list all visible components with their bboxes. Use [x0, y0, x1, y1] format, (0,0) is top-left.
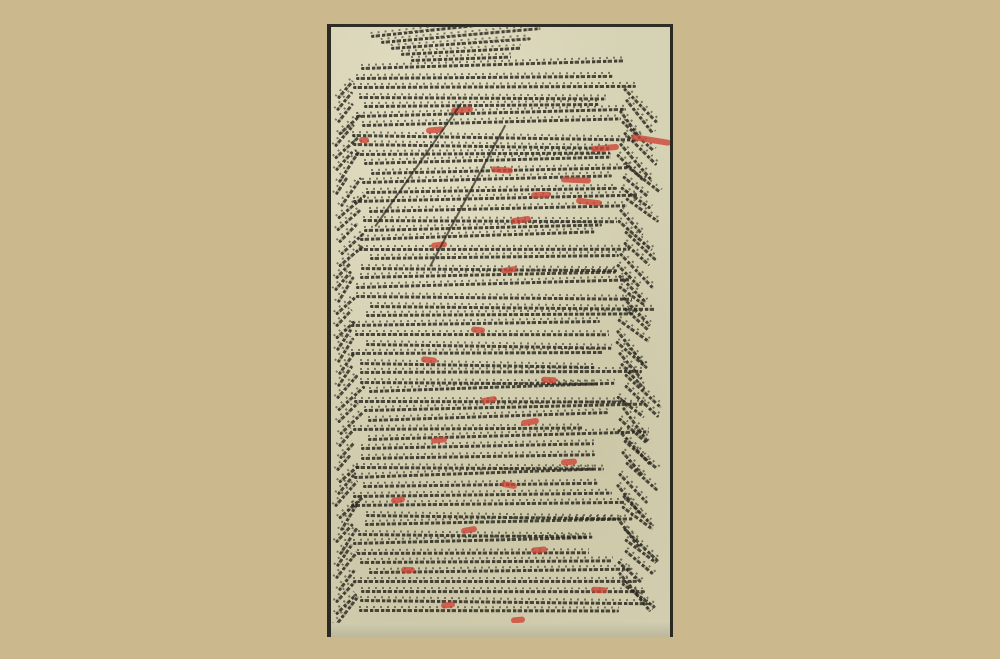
- red-rubric-word: [541, 377, 557, 384]
- script-line: [351, 351, 603, 355]
- script-line: [362, 117, 621, 127]
- red-rubric-word: [531, 192, 551, 199]
- red-rubric-word: [491, 166, 513, 174]
- script-line: [360, 559, 613, 564]
- script-line: [356, 278, 631, 289]
- script-line: [353, 491, 612, 497]
- handwritten-text-block: [331, 27, 670, 637]
- red-rubric-word: [471, 326, 485, 333]
- script-line: [353, 85, 636, 89]
- script-line: [368, 430, 649, 441]
- script-line: [365, 517, 633, 526]
- script-line: [353, 536, 587, 545]
- script-line: [356, 295, 632, 301]
- page-bottom-edge: [331, 623, 670, 637]
- red-rubric-word: [591, 144, 619, 153]
- script-line: [357, 551, 589, 555]
- script-line: [361, 453, 595, 460]
- script-line: [360, 230, 595, 241]
- script-line: [368, 411, 608, 422]
- script-line: [351, 319, 600, 326]
- script-line: [353, 580, 637, 583]
- red-rubric-word: [401, 567, 415, 573]
- red-rubric-word: [561, 176, 591, 183]
- script-line: [361, 59, 625, 70]
- script-line: [360, 370, 642, 374]
- red-rubric-word: [591, 587, 607, 594]
- script-line: [359, 247, 630, 250]
- script-line: [370, 254, 620, 260]
- manuscript-page: [327, 24, 673, 637]
- red-rubric-word: [359, 137, 369, 143]
- script-line: [363, 482, 598, 488]
- script-line: [361, 442, 594, 450]
- script-line: [355, 333, 609, 336]
- red-rubric-word: [561, 458, 577, 465]
- script-line: [359, 609, 619, 612]
- script-line: [356, 74, 613, 79]
- script-line: [360, 599, 648, 605]
